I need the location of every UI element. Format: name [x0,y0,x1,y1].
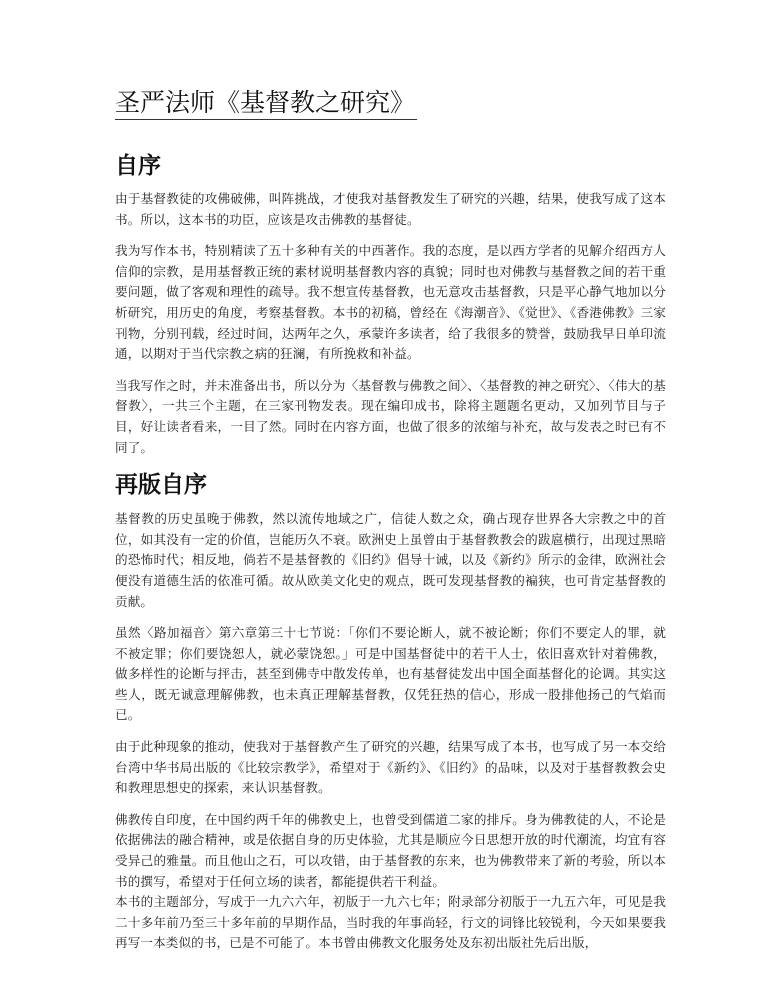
paragraph: 当我写作之时，并未准备出书，所以分为〈基督教与佛教之间〉、〈基督教的神之研究〉、… [115,376,666,458]
document-title: 圣严法师《基督教之研究》 [115,88,417,120]
section-heading-reprint-preface: 再版自序 [115,470,666,500]
document-page: 圣严法师《基督教之研究》 自序 由于基督教徒的攻佛破佛，叫阵挑战，才使我对基督教… [115,88,666,954]
section-heading-preface: 自序 [115,151,666,181]
paragraph: 由于基督教徒的攻佛破佛，叫阵挑战，才使我对基督教发生了研究的兴趣，结果，使我写成… [115,189,666,230]
paragraph: 本书的主题部分，写成于一九六六年，初版于一九六七年；附录部分初版于一九五六年，可… [115,892,666,954]
paragraph: 基督教的历史虽晚于佛教，然以流传地域之广，信徒人数之众，确占现存世界各大宗教之中… [115,509,666,612]
paragraph: 我为写作本书，特别精读了五十多种有关的中西著作。我的态度，是以西方学者的见解介绍… [115,241,666,365]
paragraph: 由于此种现象的推动，使我对于基督教产生了研究的兴趣，结果写成了本书，也写成了另一… [115,737,666,799]
paragraph: 虽然〈路加福音〉第六章第三十七节说：「你们不要论断人，就不被论断；你们不要定人的… [115,623,666,726]
paragraph: 佛教传自印度，在中国约两千年的佛教史上，也曾受到儒道二家的排斥。身为佛教徒的人，… [115,810,666,892]
